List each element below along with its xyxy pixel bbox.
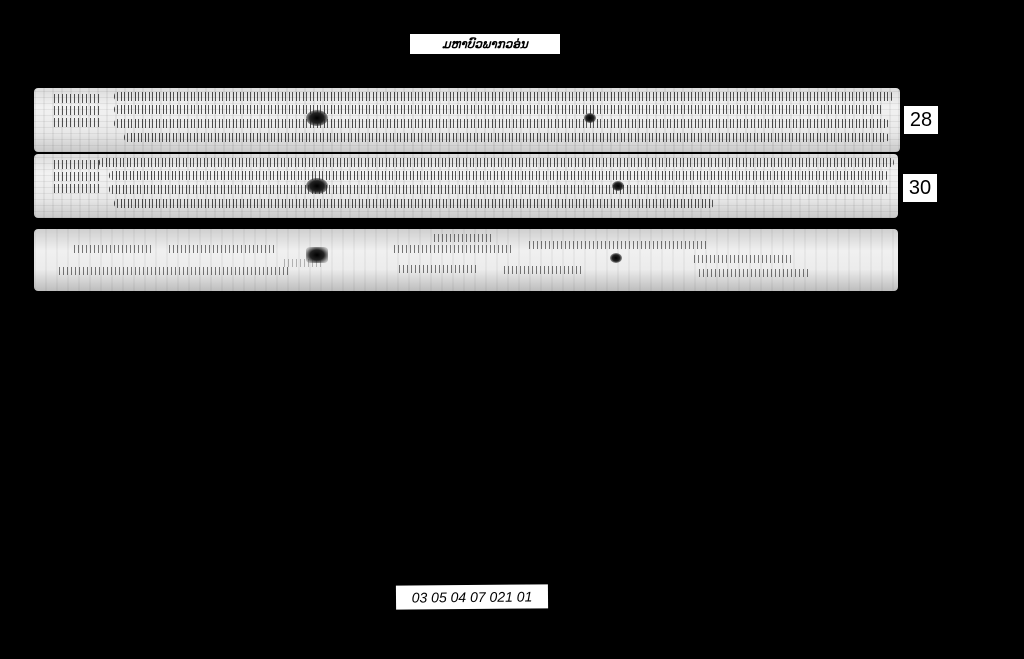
palm-leaf-page-28	[34, 88, 900, 152]
script-line	[114, 92, 894, 101]
script-line	[109, 171, 889, 180]
margin-note	[54, 184, 100, 193]
binding-hole	[610, 253, 622, 263]
page-number-tag: 28	[904, 106, 938, 134]
faded-note	[434, 234, 494, 242]
binding-hole	[584, 113, 596, 123]
margin-note	[54, 94, 100, 103]
binding-hole	[306, 178, 328, 194]
faded-note	[394, 245, 514, 253]
archive-reference-label: 03 05 04 07 021 01	[396, 584, 548, 609]
binding-hole	[612, 181, 624, 191]
page-number-tag: 30	[903, 174, 937, 202]
margin-note	[54, 172, 100, 181]
script-line	[114, 105, 884, 114]
faded-note	[74, 245, 154, 253]
margin-note	[54, 160, 100, 169]
binding-hole	[306, 110, 328, 126]
script-line	[124, 133, 889, 142]
manuscript-title-label: ມຫາບົວພາກວອ່ນ	[410, 34, 560, 54]
faded-note	[694, 255, 794, 263]
script-line	[114, 199, 714, 208]
faded-note	[699, 269, 809, 277]
faded-note	[529, 241, 709, 249]
binding-hole	[306, 247, 328, 263]
faded-note	[399, 265, 479, 273]
palm-leaf-page-30	[34, 154, 898, 218]
script-line	[109, 185, 889, 194]
faded-note	[59, 267, 289, 275]
faded-note	[504, 266, 584, 274]
faded-note	[169, 245, 274, 253]
palm-leaf-cover	[34, 229, 898, 291]
margin-note	[54, 118, 100, 127]
script-line	[114, 119, 889, 128]
margin-note	[54, 106, 100, 115]
script-line	[99, 158, 894, 167]
